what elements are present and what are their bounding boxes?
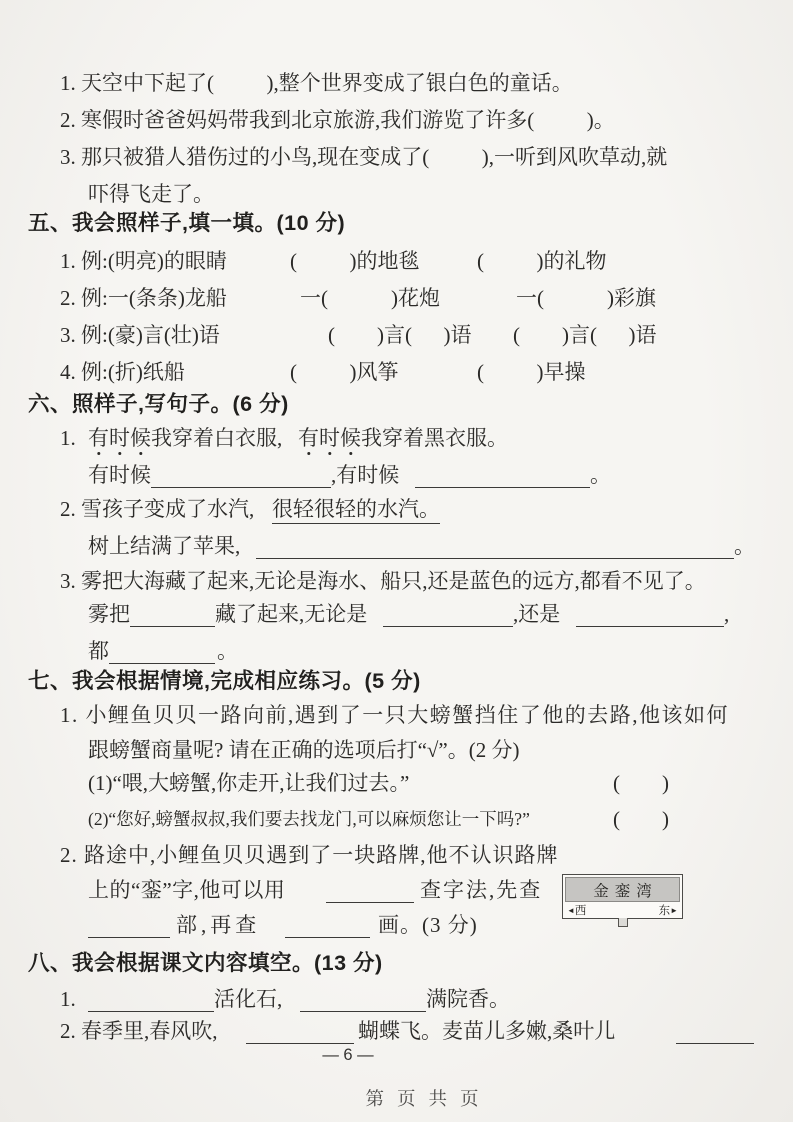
road-sign: 金銮湾 ◄西 东► (562, 874, 683, 919)
q6-item1: 我穿着白衣服, (151, 425, 282, 451)
q6-item3-answer1-blank (576, 601, 724, 627)
q5-item4: ( )风筝 (290, 359, 399, 385)
q8-item2-blank (676, 1018, 754, 1044)
east-label: 东 (659, 905, 671, 917)
footer-watermark: 第页共页 (322, 1085, 522, 1111)
sign-west: ◄西 (567, 902, 586, 918)
q7-item2: 2. 路途中,小鲤鱼贝贝遇到了一块路牌,他不认识路牌 (60, 842, 559, 868)
q7-item2-cont1-blank (326, 877, 414, 903)
q6-item3: 3. 雾把大海藏了起来,无论是海水、船只,还是蓝色的远方,都看不见了。 (60, 568, 706, 594)
q6-item2-answer: 。 (734, 533, 755, 559)
q7-item2-cont1: 查字法,先查 (420, 877, 542, 903)
road-sign-post (618, 918, 628, 927)
road-sign-directions: ◄西 东► (565, 902, 680, 918)
q5-item2: 一( )花炮 (300, 285, 440, 311)
q6-item1-answer-blank (151, 462, 331, 488)
q6-item1: 我穿着黑衣服。 (361, 425, 508, 451)
q7-item2-cont2-blank (88, 912, 170, 938)
q7-item2-cont2: 画。(3 分) (378, 912, 478, 938)
q5-item4: ( )早操 (477, 359, 586, 385)
sec8-heading: 八、我会根据课文内容填空。(13 分) (28, 950, 383, 976)
page-number: — 6 — (300, 1046, 396, 1065)
q6-item1-answer: 。 (590, 462, 611, 488)
q8-item1-blank (300, 986, 426, 1012)
q6-item3-answer2: 都 (88, 638, 109, 664)
q7-item1: 1. 小鲤鱼贝贝一路向前,遇到了一只大螃蟹挡住了他的去路,他该如何 (60, 702, 729, 728)
q7-option1: (1)“喂,大螃蟹,你走开,让我们过去。” (88, 770, 409, 796)
q6-item3-answer1-blank (130, 601, 215, 627)
q6-item1-answer: 有时候 (88, 462, 151, 488)
q5-item2: 一( )彩旗 (516, 285, 656, 311)
q8-item1: 活化石, (214, 986, 282, 1012)
q4-item3: 3. 那只被猎人猎伤过的小鸟,现在变成了( ),一听到风吹草动,就 (60, 144, 667, 170)
q5-item3: 3. 例:(豪)言(壮)语 (60, 322, 220, 348)
q6-item1: 有时候 (298, 425, 361, 451)
q6-item3-answer2-blank (109, 638, 215, 664)
q7-item2-cont1: 上的“銮”字,他可以用 (88, 877, 285, 903)
sec7-heading: 七、我会根据情境,完成相应练习。(5 分) (28, 668, 421, 694)
q6-item3-answer1-blank (383, 601, 513, 627)
q6-item3-answer1: , (724, 601, 729, 627)
q6-item1: 1. (60, 425, 81, 451)
q8-item2: 2. 春季里,春风吹, (60, 1018, 218, 1044)
q8-item1: 1. (60, 986, 76, 1012)
road-sign-title: 金銮湾 (565, 877, 680, 902)
q6-item2: 2. 雪孩子变成了水汽, (60, 496, 254, 522)
east-arrow-icon: ► (670, 906, 678, 915)
q7-item1-cont: 跟螃蟹商量呢? 请在正确的选项后打“√”。(2 分) (88, 737, 519, 763)
q8-item1-blank (88, 986, 214, 1012)
q5-item4: 4. 例:(折)纸船 (60, 359, 185, 385)
q6-item2-answer: 树上结满了苹果, (88, 533, 240, 559)
q7-item2-cont2-blank (285, 912, 370, 938)
sec6-heading: 六、照样子,写句子。(6 分) (28, 391, 289, 417)
q6-item3-answer1: ,还是 (513, 601, 560, 627)
q5-item1: ( )的礼物 (477, 248, 607, 274)
q4-item3-cont: 吓得飞走了。 (88, 181, 214, 207)
q5-item2: 2. 例:一(条条)龙船 (60, 285, 227, 311)
sign-east: 东► (659, 902, 678, 918)
sec5-heading: 五、我会照样子,填一填。(10 分) (28, 210, 345, 236)
west-arrow-icon: ◄ (567, 906, 575, 915)
answer-paren: ( ) (613, 770, 669, 796)
q4-item1: 1. 天空中下起了( ),整个世界变成了银白色的童话。 (60, 70, 573, 96)
q5-item1: 1. 例:(明亮)的眼睛 (60, 248, 227, 274)
q8-item1: 满院香。 (426, 986, 510, 1012)
worksheet-page: 金銮湾 ◄西 东► — 6 — 第页共页 1. 天空中下起了( ),整个世界变成… (0, 0, 793, 1122)
q5-item3: ( )言( )语 (513, 322, 656, 348)
q7-option2: (2)“您好,螃蟹叔叔,我们要去找龙门,可以麻烦您让一下吗?” (88, 806, 530, 832)
q8-item2-blank (246, 1018, 354, 1044)
q6-item3-answer1: 藏了起来,无论是 (215, 601, 367, 627)
q6-item3-answer1: 雾把 (88, 601, 130, 627)
q6-item2-answer-blank (256, 533, 734, 559)
q7-item2-cont2: 部,再查 (176, 912, 260, 938)
q8-item2: 蝴蝶飞。麦苗儿多嫩,桑叶儿 (358, 1018, 615, 1044)
q6-item1: 有时候 (88, 425, 151, 451)
q6-item1-answer-blank (415, 462, 590, 488)
q6-item1-answer: ,有时候 (331, 462, 399, 488)
q5-item1: ( )的地毯 (290, 248, 420, 274)
q4-item2: 2. 寒假时爸爸妈妈带我到北京旅游,我们游览了许多( )。 (60, 107, 615, 133)
q5-item3: ( )言( )语 (328, 322, 471, 348)
q6-item3-answer2: 。 (217, 638, 238, 664)
q6-item2: 很轻很轻的水汽。 (272, 496, 440, 524)
west-label: 西 (575, 905, 587, 917)
answer-paren: ( ) (613, 806, 669, 832)
